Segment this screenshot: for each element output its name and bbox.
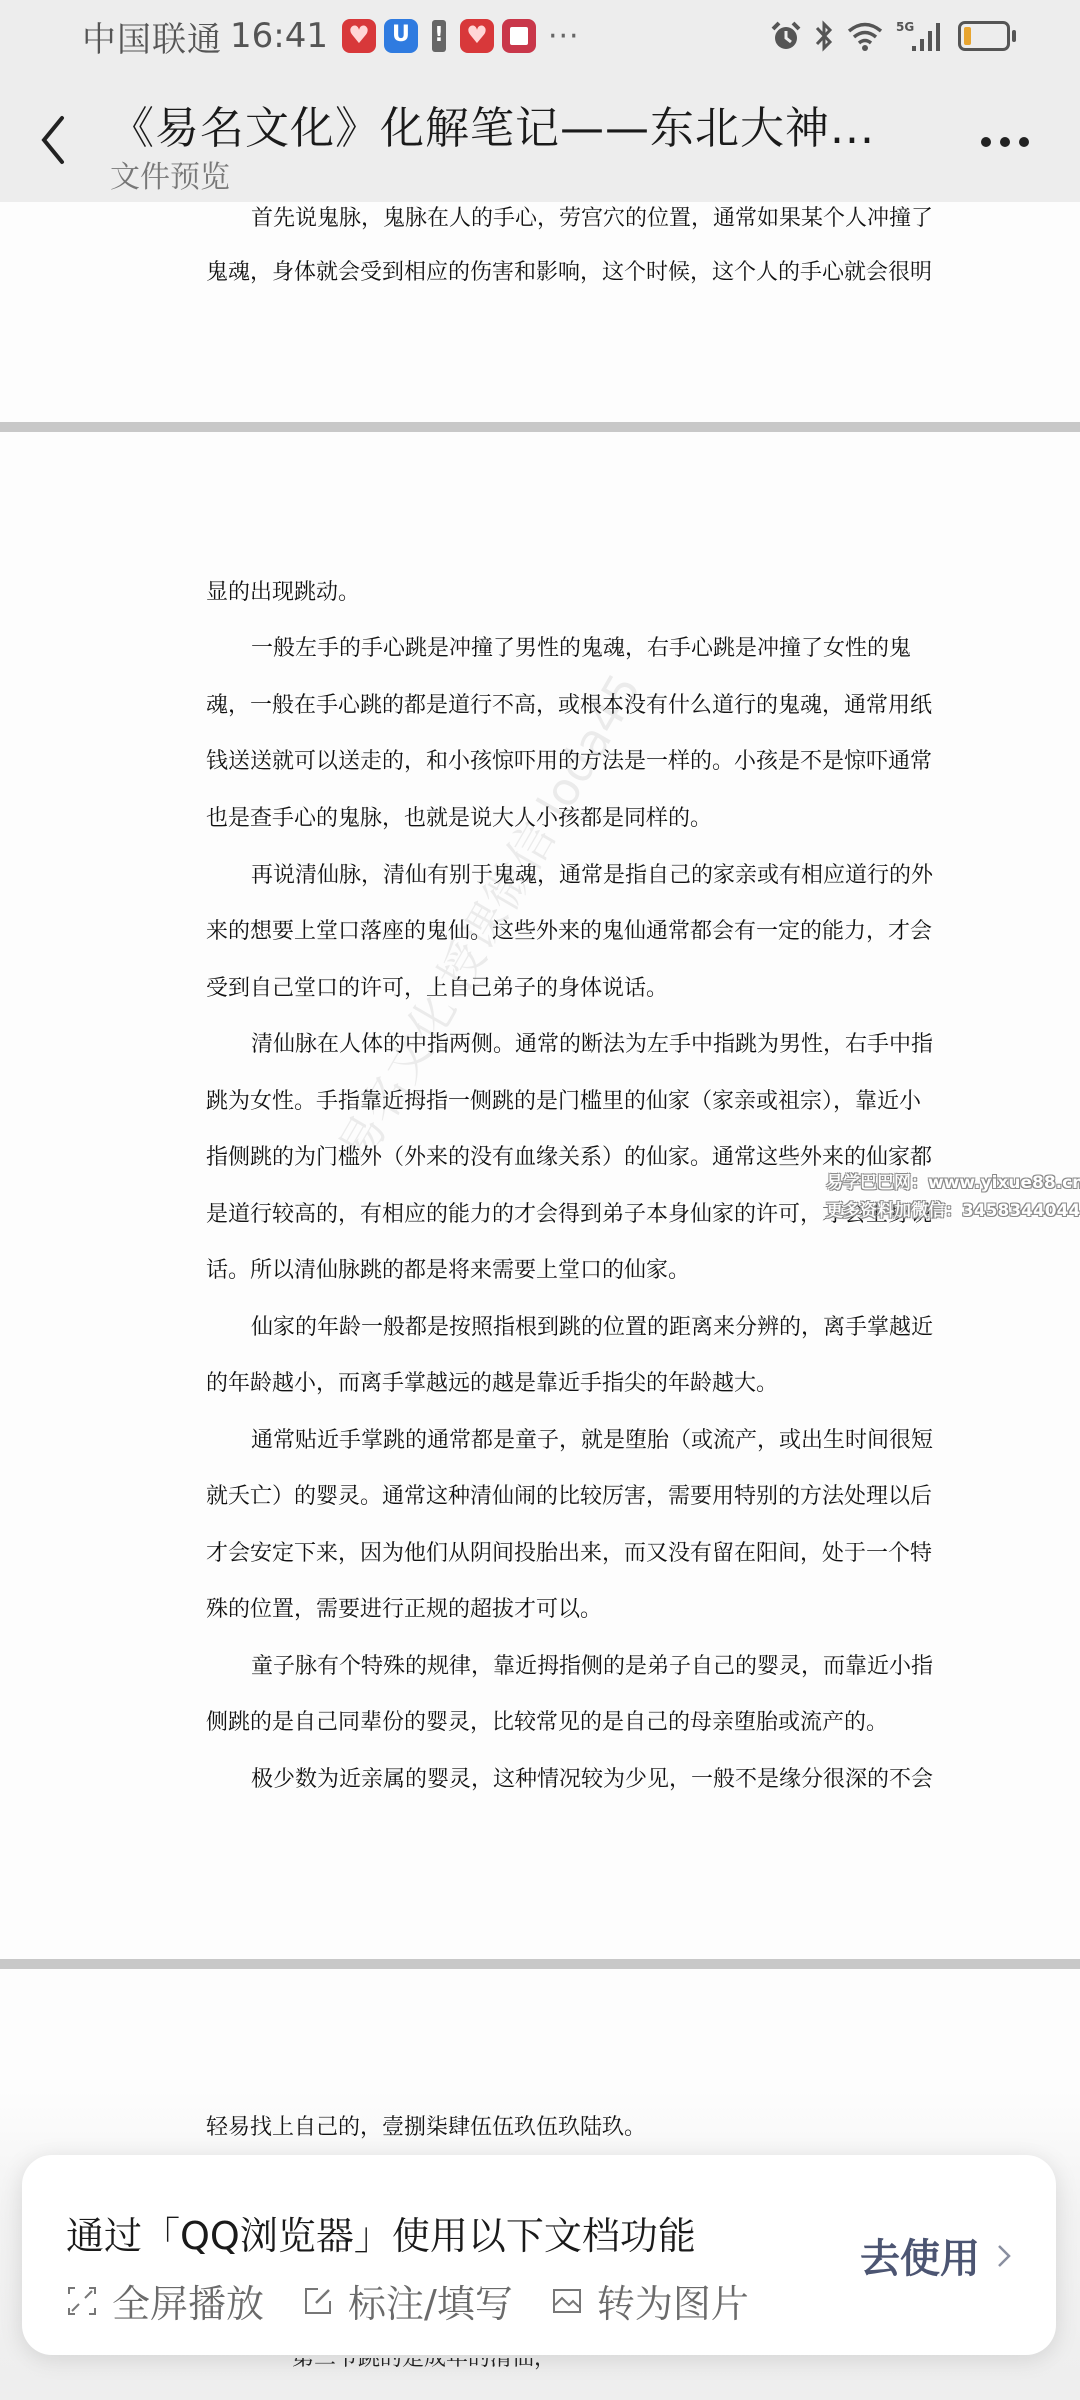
status-bar: 中国联通 16:41 ··· 5G [0, 0, 1080, 72]
text-line: 才会安定下来，因为他们从阴间投胎出来，而又没有留在阳间，处于一个特 [206, 1539, 932, 1569]
text-line: 清仙脉在人体的中指两侧。通常的断法为左手中指跳为男性，右手中指 [251, 1030, 933, 1060]
text-line: 第二节跳的是成年的清仙， [292, 2358, 556, 2371]
text-line: 殊的位置，需要进行正规的超拔才可以。 [206, 1595, 602, 1625]
feature-annotate[interactable]: 标注/填写 [302, 2273, 513, 2328]
text-line: 也是查手心的鬼脉，也就是说大人小孩都是同样的。 [206, 804, 712, 834]
text-line: 一般左手的手心跳是冲撞了男性的鬼魂，右手心跳是冲撞了女性的鬼 [251, 634, 911, 664]
feature-label: 标注/填写 [348, 2273, 513, 2328]
app-red-heart-icon [342, 19, 376, 53]
alarm-icon [770, 20, 802, 52]
text-line: 轻易找上自己的，壹捌柒肆伍伍玖伍玖陆玖。 [206, 2113, 646, 2143]
feature-to-image[interactable]: 转为图片 [551, 2273, 749, 2328]
app-blue-icon [384, 19, 418, 53]
text-line: 显的出现跳动。 [206, 578, 360, 608]
promo-feature-list: 全屏播放 标注/填写 转为图片 [66, 2273, 749, 2328]
more-dot [1000, 137, 1010, 147]
text-line: 指侧跳的为门槛外（外来的没有血缘关系）的仙家。通常这些外来的仙家都 [206, 1143, 932, 1173]
feature-label: 全屏播放 [112, 2273, 264, 2328]
page-subtitle: 文件预览 [110, 152, 230, 196]
text-line: 仙家的年龄一般都是按照指根到跳的位置的距离来分辨的，离手掌越近 [251, 1313, 933, 1343]
document-viewer[interactable] [0, 202, 1080, 2400]
battery-icon [958, 21, 1010, 51]
page-separator [0, 422, 1080, 432]
go-use-label: 去使用 [860, 2227, 980, 2284]
text-line: 首先说鬼脉，鬼脉在人的手心，劳宫穴的位置，通常如果某个人冲撞了 [251, 204, 933, 234]
text-line: 侧跳的是自己同辈份的婴灵，比较常见的是自己的母亲堕胎或流产的。 [206, 1708, 888, 1738]
image-icon [551, 2285, 583, 2317]
text-line: 再说清仙脉，清仙有别于鬼魂，通常是指自己的家亲或有相应道行的外 [251, 861, 933, 891]
more-dot [1019, 137, 1029, 147]
feature-fullscreen[interactable]: 全屏播放 [66, 2273, 264, 2328]
text-line: 童子脉有个特殊的规律，靠近拇指侧的是弟子自己的婴灵，而靠近小指 [251, 1652, 933, 1682]
app-book-icon [502, 19, 536, 53]
feature-label: 转为图片 [597, 2273, 749, 2328]
edit-icon [302, 2285, 334, 2317]
page-separator [0, 1959, 1080, 1969]
text-line-partial: 第二节跳的是成年的清仙， [292, 2358, 556, 2372]
app-red-heart-icon [460, 19, 494, 53]
more-dot [981, 137, 991, 147]
carrier-label: 中国联通 [82, 12, 222, 61]
wechat-watermark: 更多资料加微信：3458344044 [826, 1196, 1080, 1221]
clock: 16:41 [230, 16, 328, 56]
text-line: 鬼魂，身体就会受到相应的伤害和影响，这个时候，这个人的手心就会很明 [206, 258, 932, 288]
text-line: 来的想要上堂口落座的鬼仙。这些外来的鬼仙通常都会有一定的能力，才会 [206, 917, 932, 947]
text-line: 的年龄越小，而离手掌越远的越是靠近手指尖的年龄越大。 [206, 1369, 778, 1399]
text-line: 跳为女性。手指靠近拇指一侧跳的是门槛里的仙家（家亲或祖宗），靠近小 [206, 1087, 921, 1117]
app-header: 《易名文化》化解笔记——东北大神... 文件预览 [0, 72, 1080, 202]
chevron-right-icon [994, 2241, 1014, 2271]
chevron-left-icon [30, 108, 80, 168]
wifi-icon [846, 20, 884, 52]
promo-title: 通过「QQ浏览器」使用以下文档功能 [66, 2205, 696, 2260]
signal-5g-icon: 5G [896, 19, 946, 53]
more-options-button[interactable] [970, 122, 1040, 162]
back-button[interactable] [30, 108, 80, 168]
text-line: 就夭亡）的婴灵。通常这种清仙闹的比较厉害，需要用特别的方法处理以后 [206, 1482, 932, 1512]
text-line: 极少数为近亲属的婴灵，这种情况较为少见，一般不是缘分很深的不会 [251, 1765, 933, 1795]
bluetooth-icon [814, 19, 834, 53]
text-line: 通常贴近手掌跳的通常都是童子，就是堕胎（或流产，或出生时间很短 [251, 1426, 933, 1456]
qq-browser-promo-card[interactable]: 通过「QQ浏览器」使用以下文档功能 全屏播放 标注/填写 转为图片 去使用 [22, 2155, 1056, 2355]
text-line: 话。所以清仙脉跳的都是将来需要上堂口的仙家。 [206, 1256, 690, 1286]
go-use-button[interactable]: 去使用 [860, 2227, 1014, 2284]
text-line: 是道行较高的，有相应的能力的才会得到弟子本身仙家的许可，才会上身说 [206, 1200, 932, 1230]
fullscreen-icon [66, 2285, 98, 2317]
more-notifications-icon: ··· [548, 19, 580, 54]
site-watermark: 易学巴巴网：www.yixue88.cn [826, 1168, 1080, 1193]
document-title: 《易名文化》化解笔记——东北大神... [110, 92, 875, 156]
alert-icon [432, 20, 446, 52]
svg-text:5G: 5G [896, 20, 914, 34]
